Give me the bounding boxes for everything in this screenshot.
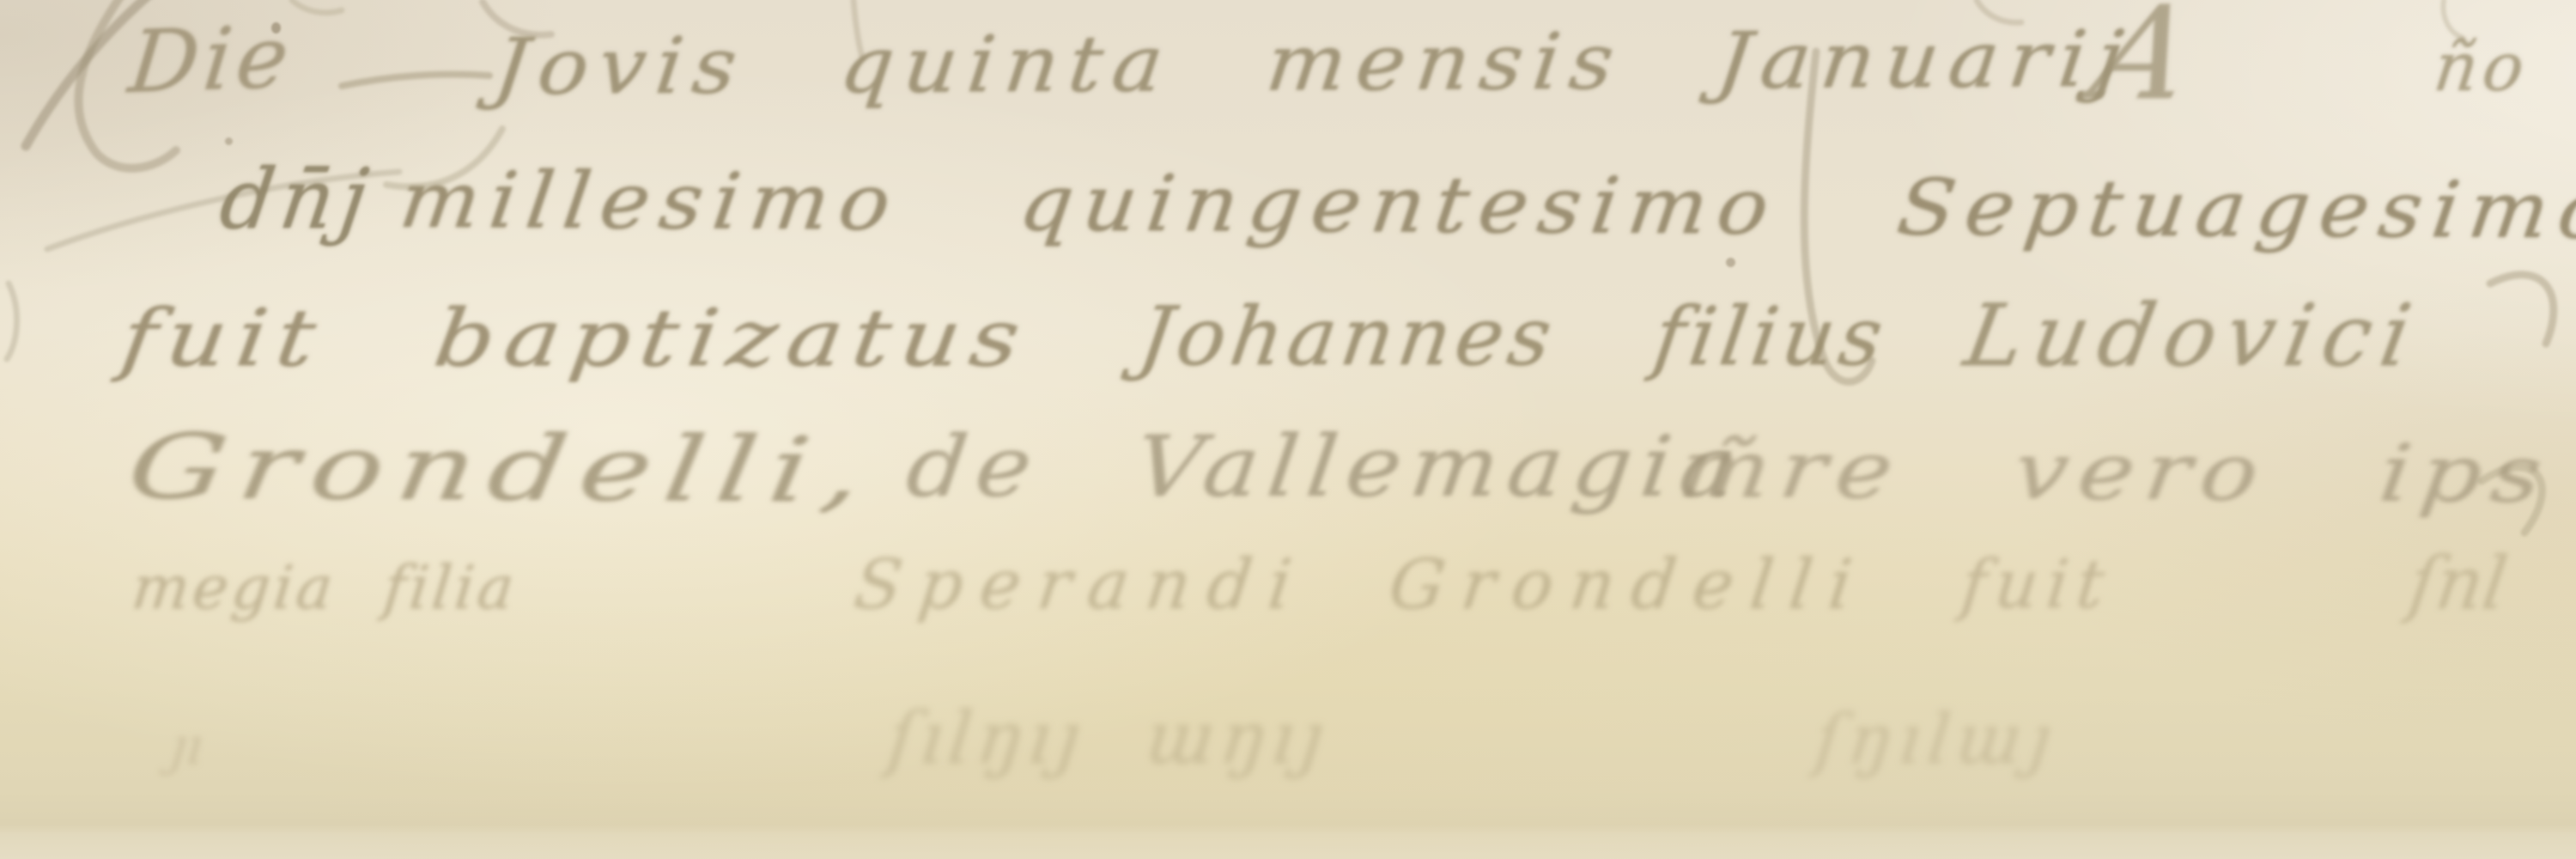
manuscript-line1-word-die: Die xyxy=(125,6,299,113)
manuscript-line6-ghost-edge: ȷı xyxy=(167,716,206,777)
manuscript-line6-ghost-left: ſılŋıȷ ɯŋıȷ xyxy=(884,696,1333,780)
manuscript-line6-ghost-right: ſŋılɯȷ xyxy=(1812,699,2062,779)
ink-speck xyxy=(225,137,233,145)
left-edge-mark xyxy=(7,283,17,359)
top-edge-cut-stroke-0 xyxy=(292,0,342,13)
manuscript-page-photo: Die Jovis quinta mensis Januarij A ño dn… xyxy=(0,0,2576,859)
manuscript-line1-main-text: Jovis quinta mensis Januarij xyxy=(489,15,2137,113)
manuscript-line1-anno-suffix: ño xyxy=(2430,29,2533,107)
manuscript-line3-ludovici: Ludovici xyxy=(1958,285,2428,386)
ink-speck xyxy=(1726,258,1735,267)
manuscript-line5-faint-middle: Sperandi Grondelli xyxy=(850,545,1874,624)
manuscript-line3-johannes-filius: Johannes filius xyxy=(1133,290,1893,384)
manuscript-line3-fuit-baptizatus: fuit baptizatus xyxy=(116,292,1036,384)
manuscript-line4-grondelli: Grondelli, xyxy=(122,414,883,522)
right-edge-swash-1 xyxy=(2490,275,2554,344)
manuscript-line5-faint-fuit: fuit xyxy=(1958,546,2117,624)
manuscript-line5-faint-start: megia filia xyxy=(129,552,520,623)
manuscript-line5-faint-end-mark: ſnl xyxy=(2404,541,2512,625)
manuscript-line4-de-vallemagia: de Vallemagia xyxy=(902,418,1751,516)
manuscript-line2-year-words: millesimo quingentesimo Septuagesimo xyxy=(395,155,2576,257)
manuscript-line2-domini-abbrev: dn̄j xyxy=(215,151,380,247)
ink-speck xyxy=(271,22,281,34)
manuscript-line4-matre-vero: m̃re vero ips xyxy=(1674,423,2557,521)
die-connector-stroke xyxy=(342,75,489,87)
